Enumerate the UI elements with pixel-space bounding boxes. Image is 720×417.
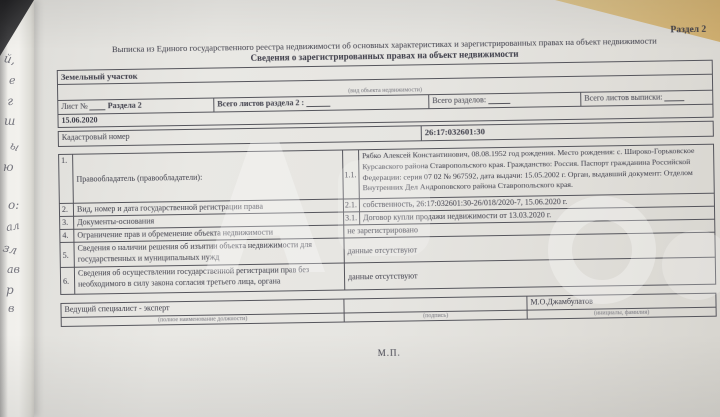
row-value: Рябко Алексей Константинович, 08.08.1952… [358,145,714,199]
handwriting-fragment: ы [8,139,21,154]
page-shadow [0,0,8,417]
row-subnumber-text: 1.1. [344,170,356,179]
handwriting-fragment: ав [7,263,20,276]
signature-table: Ведущий специалист - эксперт М.О.Джамбул… [60,293,716,327]
total-sheets-blank [306,99,330,107]
row-number: 5. [60,243,73,267]
row-number: 3. [60,217,73,229]
row-value-text: данные отсутствуют [348,245,418,255]
row-label: Правообладатель (правообладатели): [72,151,343,203]
sign-caption: (подпись) [344,311,527,322]
row-label: Сведения о наличии решения об изъятии об… [73,239,343,267]
row-number-text: 5. [63,250,69,259]
total-sections-cell: Всего разделов: [428,93,580,108]
total-extract-sheets-cell: Всего листов выписки: [580,91,712,106]
cadastral-label: Кадастровый номер [59,126,421,146]
sheet-number-label: Лист № [61,102,88,111]
handwriting-fragment: о: [8,198,19,212]
handwriting-fragment: в [8,302,14,315]
row-subnumber: 1.1. [342,150,359,198]
cadastral-value: 26:17:032601:30 [421,122,713,141]
sheet-number-cell: Лист № Раздела 2 [58,99,213,114]
row-subnumber: 3.1. [343,212,359,224]
sheet-section-label: Раздела 2 [108,101,142,111]
row-label: Сведения об осуществлении государственно… [74,264,344,294]
handwriting-fragment: е [9,74,16,87]
row-number: 4. [60,230,73,242]
row-number: 6. [61,268,74,294]
total-extract-sheets-blank [664,93,684,101]
total-sections-blank [488,96,510,104]
row-subnumber: 2.1. [343,199,359,211]
total-sections-label: Всего разделов: [432,95,486,105]
row-value: данные отсутствуют [344,258,715,290]
extract-document: Раздел 2 Выписка из Единого государствен… [34,1,719,364]
row-number-text: 6. [63,276,69,285]
total-extract-sheets-label: Всего листов выписки: [584,92,662,102]
object-type-caption: (вид объекта недвижимости) [348,87,422,94]
row-number: 1. [59,155,73,203]
rights-table: 1. Правообладатель (правообладатели): 1.… [58,144,716,295]
row-label-text: Правообладатель (правообладатели): [76,172,202,183]
name-caption: (инициалы, фамилия) [527,308,716,319]
row-number: 2. [60,204,73,216]
table-row: 1. Правообладатель (правообладатели): 1.… [59,145,714,203]
total-sheets-label: Всего листов раздела 2 : [217,98,304,108]
sheet-number-blank [90,102,106,110]
object-header-table: Земельный участок (вид объекта недвижимо… [57,60,714,128]
row-value-text: данные отсутствуют [348,271,418,281]
